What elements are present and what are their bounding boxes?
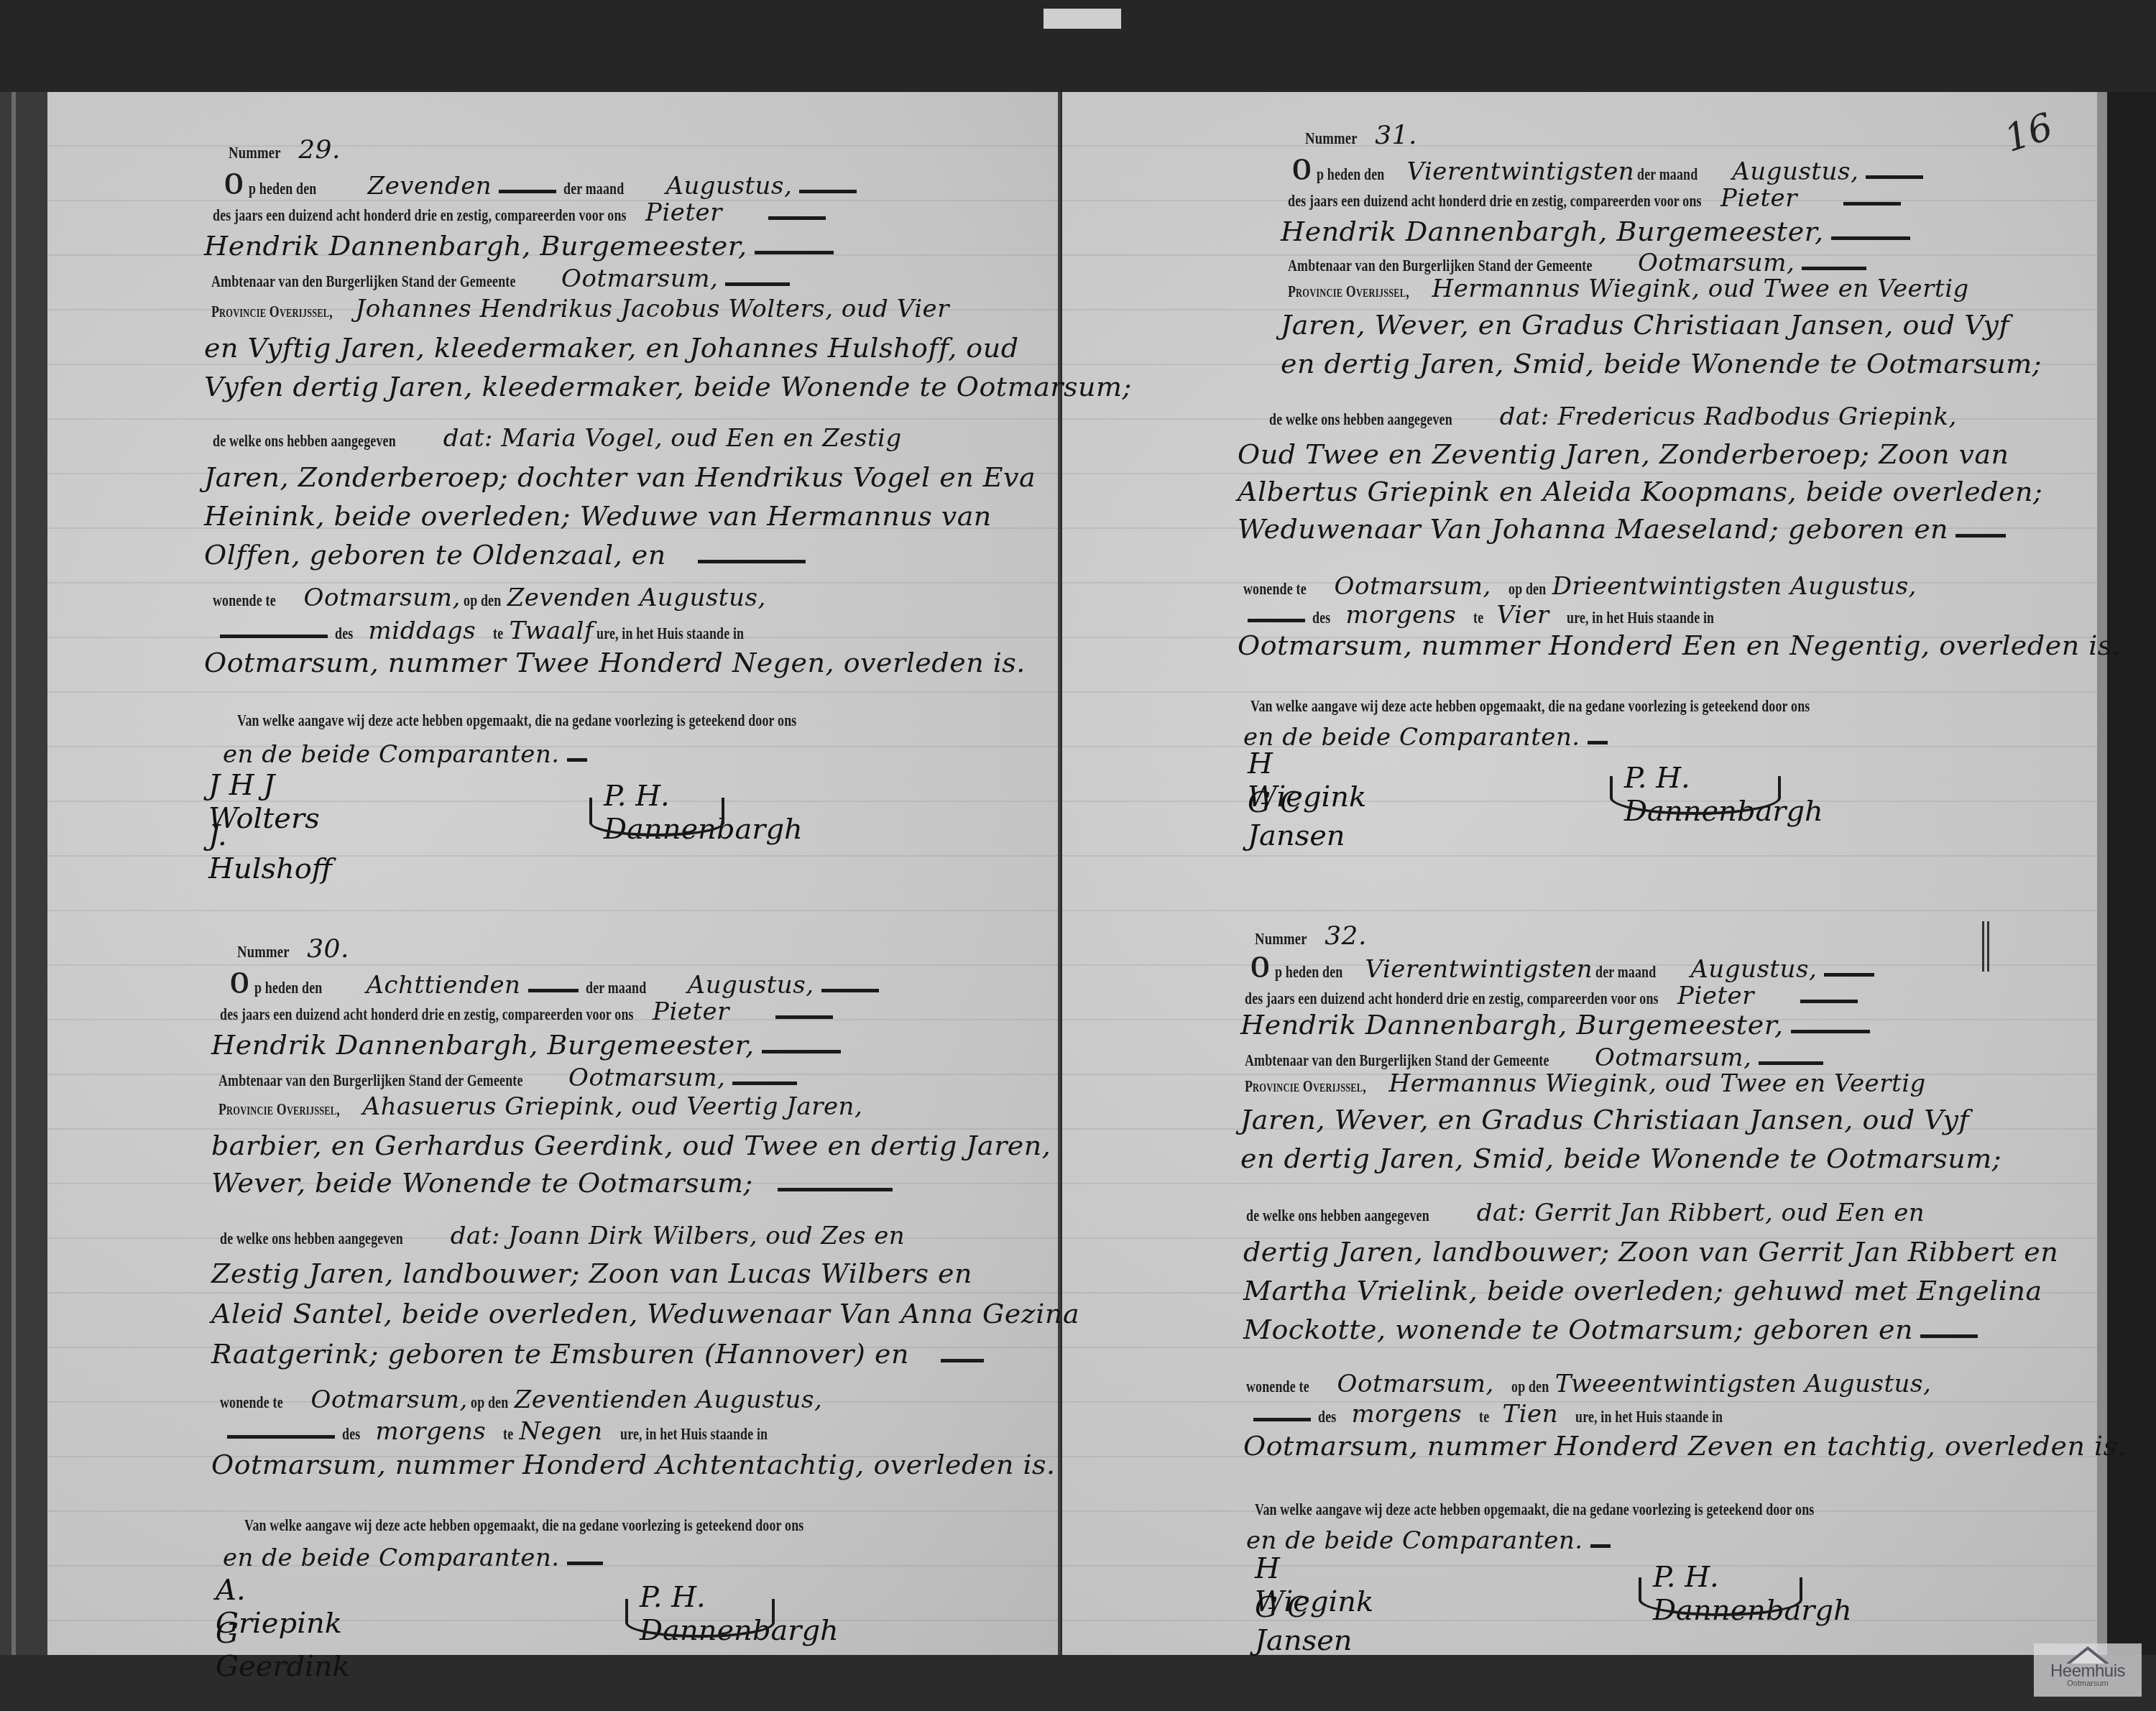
gemeente-field: Ootmarsum,: [1638, 249, 1795, 277]
archive-tag-strip: [1044, 9, 1121, 29]
form-op-heden: p heden den: [254, 979, 322, 997]
form-provincie: Provincie Overijssel,: [218, 1100, 340, 1119]
form-ambtenaar: Ambtenaar van den Burgerlijken Stand der…: [1288, 257, 1593, 275]
date-of-death-field: Drieentwintigsten Augustus,: [1552, 572, 1917, 601]
witness-line-1: Ahasuerus Griepink, oud Veertig Jaren,: [363, 1092, 863, 1121]
deceased-line-1: dat: Maria Vogel, oud Een en Zestig: [443, 424, 902, 453]
form-van-welke: Van welke aangave wij deze acte hebben o…: [244, 1516, 803, 1535]
record-number: 29.: [298, 135, 341, 165]
form-ambtenaar: Ambtenaar van den Burgerlijken Stand der…: [211, 272, 516, 291]
house-line: Ootmarsum, nummer Honderd Een en Negenti…: [1238, 629, 2121, 661]
form-wonende-te: wonende te: [1246, 1378, 1309, 1396]
date-of-death-field: Tweeentwintigsten Augustus,: [1555, 1370, 1931, 1398]
residence-field: Ootmarsum,: [304, 584, 461, 612]
form-op-heden: p heden den: [1317, 165, 1384, 184]
month-field: Augustus,: [1732, 157, 1858, 186]
house-line: Ootmarsum, nummer Honderd Zeven en tacht…: [1243, 1430, 2127, 1462]
witness-line-2: en Vyftig Jaren, kleedermaker, en Johann…: [204, 332, 1019, 364]
house-roof-icon: [2066, 1646, 2109, 1664]
form-initial: O: [1292, 151, 1312, 188]
deceased-line-2: Jaren, Zonderberoep; dochter van Hendrik…: [204, 461, 1036, 493]
official-name-title: Hendrik Dannenbargh, Burgemeester,: [1281, 216, 1824, 247]
deceased-line-4: Olffen, geboren te Oldenzaal, en: [204, 539, 666, 571]
house-line: Ootmarsum, nummer Twee Honderd Negen, ov…: [204, 647, 1026, 678]
form-van-welke: Van welke aangave wij deze acte hebben o…: [1250, 697, 1810, 716]
deceased-line-4: Weduwenaar Van Johanna Maeseland; gebore…: [1238, 513, 1948, 545]
residence-field: Ootmarsum,: [1335, 572, 1491, 601]
official-name-title: Hendrik Dannenbargh, Burgemeester,: [204, 230, 747, 262]
deceased-line-4: Mockotte, wonende te Ootmarsum; geboren …: [1243, 1314, 1913, 1345]
form-te: te: [503, 1425, 513, 1444]
heemhuis-watermark: Heemhuis Ootmarsum: [2034, 1643, 2142, 1697]
hour-field: Negen: [520, 1417, 603, 1446]
month-field: Augustus,: [665, 172, 792, 200]
form-provincie: Provincie Overijssel,: [1288, 282, 1409, 301]
deceased-line-4: Raatgerink; geboren te Emsburen (Hannove…: [211, 1338, 909, 1370]
form-der-maand: der maand: [1637, 165, 1697, 184]
form-op-den: op den: [471, 1393, 508, 1412]
deceased-line-1: dat: Fredericus Radbodus Griepink,: [1500, 402, 1957, 431]
record-number: 31.: [1375, 121, 1417, 150]
witness-signature-2: G C Jansen: [1248, 786, 1345, 852]
gemeente-field: Ootmarsum,: [568, 1064, 725, 1092]
deceased-line-1: dat: Gerrit Jan Ribbert, oud Een en: [1477, 1199, 1925, 1227]
house-line: Ootmarsum, nummer Honderd Achtentachtig,…: [211, 1449, 1056, 1480]
signature-flourish: [589, 798, 724, 836]
deceased-line-3: Heinink, beide overleden; Weduwe van Her…: [204, 500, 992, 532]
form-de-welke: de welke ons hebben aangegeven: [220, 1230, 403, 1248]
watermark-name: Heemhuis: [2034, 1664, 2142, 1679]
record-number: 32.: [1325, 921, 1367, 951]
signature-flourish: [1610, 776, 1781, 815]
hour-field: Twaalf: [509, 617, 594, 645]
witness-line-2: Jaren, Wever, en Gradus Christiaan Janse…: [1240, 1104, 1969, 1135]
witness-signature-2: J. Hulshoff: [208, 819, 332, 885]
form-des-jaars: des jaars een duizend acht honderd drie …: [213, 206, 627, 225]
official-name-title: Hendrik Dannenbargh, Burgemeester,: [211, 1029, 755, 1061]
witness-signature-2: G Geerdink: [216, 1617, 350, 1683]
gemeente-field: Ootmarsum,: [1595, 1043, 1751, 1072]
witness-line-2: barbier, en Gerhardus Geerdink, oud Twee…: [211, 1130, 1051, 1161]
form-ure: ure, in het Huis staande in: [596, 624, 744, 643]
form-te: te: [493, 624, 503, 643]
official-name-title: Hendrik Dannenbargh, Burgemeester,: [1240, 1009, 1784, 1041]
time-of-day-field: middags: [369, 617, 476, 645]
form-des: des: [1318, 1408, 1336, 1426]
form-op-den: op den: [1511, 1378, 1549, 1396]
residence-field: Ootmarsum,: [311, 1385, 468, 1414]
form-ambtenaar: Ambtenaar van den Burgerlijken Stand der…: [218, 1071, 523, 1090]
form-provincie: Provincie Overijssel,: [1245, 1077, 1366, 1096]
form-der-maand: der maand: [586, 979, 646, 997]
margin-mark: [1982, 921, 1989, 972]
witness-line-3: Vyfen dertig Jaren, kleedermaker, beide …: [204, 371, 1132, 402]
closing-line: en de beide Comparanten.: [223, 1544, 560, 1572]
form-des-jaars: des jaars een duizend acht honderd drie …: [220, 1005, 634, 1024]
form-op-den: op den: [1508, 580, 1546, 599]
deceased-line-3: Albertus Griepink en Aleida Koopmans, be…: [1238, 476, 2042, 507]
form-ambtenaar: Ambtenaar van den Burgerlijken Stand der…: [1245, 1051, 1549, 1070]
day-field: Achttienden: [367, 971, 521, 1000]
time-of-day-field: morgens: [376, 1417, 487, 1446]
form-ure: ure, in het Huis staande in: [620, 1425, 768, 1444]
nummer-label: Nummer: [1305, 129, 1358, 149]
date-of-death-field: Zevenden Augustus,: [507, 584, 766, 612]
form-ure: ure, in het Huis staande in: [1575, 1408, 1723, 1426]
witness-line-1: Hermannus Wiegink, oud Twee en Veertig: [1432, 275, 1969, 303]
day-field: Vierentwintigsten: [1365, 955, 1593, 984]
form-wonende-te: wonende te: [213, 591, 276, 610]
form-te: te: [1479, 1408, 1489, 1426]
time-of-day-field: morgens: [1346, 601, 1457, 629]
form-wonende-te: wonende te: [1243, 580, 1307, 599]
form-initial: O: [230, 964, 249, 1001]
book-gutter: [1058, 92, 1061, 1655]
deceased-line-1: dat: Joann Dirk Wilbers, oud Zes en: [451, 1222, 906, 1250]
form-de-welke: de welke ons hebben aangegeven: [1246, 1207, 1429, 1225]
form-initial: O: [224, 165, 244, 202]
nummer-label: Nummer: [229, 144, 281, 163]
witness-line-1: Hermannus Wiegink, oud Twee en Veertig: [1389, 1069, 1926, 1098]
deceased-line-2: dertig Jaren, landbouwer; Zoon van Gerri…: [1243, 1236, 2058, 1268]
form-van-welke: Van welke aangave wij deze acte hebben o…: [237, 711, 796, 730]
nummer-label: Nummer: [1255, 930, 1307, 949]
form-des: des: [1312, 609, 1330, 627]
nummer-label: Nummer: [237, 943, 290, 962]
right-binding-frame: [2097, 92, 2156, 1711]
form-de-welke: de welke ons hebben aangegeven: [213, 432, 396, 451]
left-binding-frame: [0, 92, 47, 1711]
official-first-name: Pieter: [645, 198, 722, 227]
closing-line: en de beide Comparanten.: [223, 740, 560, 769]
form-des: des: [342, 1425, 360, 1444]
witness-line-3: en dertig Jaren, Smid, beide Wonende te …: [1281, 348, 2042, 379]
gemeente-field: Ootmarsum,: [561, 264, 718, 293]
witness-line-3: Wever, beide Wonende te Ootmarsum;: [211, 1167, 753, 1199]
signature-flourish: [1639, 1577, 1802, 1616]
month-field: Augustus,: [1690, 955, 1817, 984]
form-wonende-te: wonende te: [220, 1393, 283, 1412]
form-des-jaars: des jaars een duizend acht honderd drie …: [1288, 192, 1702, 211]
form-op-heden: p heden den: [1275, 963, 1342, 982]
form-de-welke: de welke ons hebben aangegeven: [1269, 410, 1452, 429]
date-of-death-field: Zeventienden Augustus,: [515, 1385, 823, 1414]
form-der-maand: der maand: [563, 180, 624, 198]
deceased-line-3: Martha Vrielink, beide overleden; gehuwd…: [1243, 1275, 2042, 1306]
official-first-name: Pieter: [653, 997, 729, 1026]
form-te: te: [1473, 609, 1483, 627]
witness-line-1: Johannes Hendrikus Jacobus Wolters, oud …: [356, 295, 949, 323]
form-des-jaars: des jaars een duizend acht honderd drie …: [1245, 990, 1659, 1008]
form-op-heden: p heden den: [249, 180, 316, 198]
form-ure: ure, in het Huis staande in: [1567, 609, 1714, 627]
form-initial: O: [1250, 949, 1270, 985]
form-provincie: Provincie Overijssel,: [211, 303, 333, 321]
deceased-line-3: Aleid Santel, beide overleden, Weduwenaa…: [211, 1298, 1079, 1329]
hour-field: Vier: [1497, 601, 1549, 629]
witness-line-3: en dertig Jaren, Smid, beide Wonende te …: [1240, 1143, 2001, 1174]
form-op-den: op den: [464, 591, 501, 610]
deceased-line-2: Oud Twee en Zeventig Jaren, Zonderberoep…: [1238, 438, 2009, 470]
form-des: des: [335, 624, 353, 643]
official-first-name: Pieter: [1720, 184, 1797, 213]
signature-flourish: [625, 1599, 775, 1638]
hour-field: Tien: [1503, 1400, 1559, 1429]
witness-signature-2: G C Jansen: [1255, 1591, 1353, 1657]
closing-line: en de beide Comparanten.: [1246, 1526, 1583, 1555]
official-first-name: Pieter: [1677, 982, 1754, 1010]
record-number: 30.: [307, 934, 349, 964]
month-field: Augustus,: [688, 971, 814, 1000]
form-der-maand: der maand: [1595, 963, 1656, 982]
form-van-welke: Van welke aangave wij deze acte hebben o…: [1255, 1500, 1814, 1519]
deceased-line-2: Zestig Jaren, landbouwer; Zoon van Lucas…: [211, 1258, 972, 1289]
witness-line-2: Jaren, Wever, en Gradus Christiaan Janse…: [1281, 309, 2009, 341]
residence-field: Ootmarsum,: [1337, 1370, 1494, 1398]
day-field: Zevenden: [368, 172, 492, 200]
day-field: Vierentwintigsten: [1407, 157, 1635, 186]
time-of-day-field: morgens: [1352, 1400, 1462, 1429]
